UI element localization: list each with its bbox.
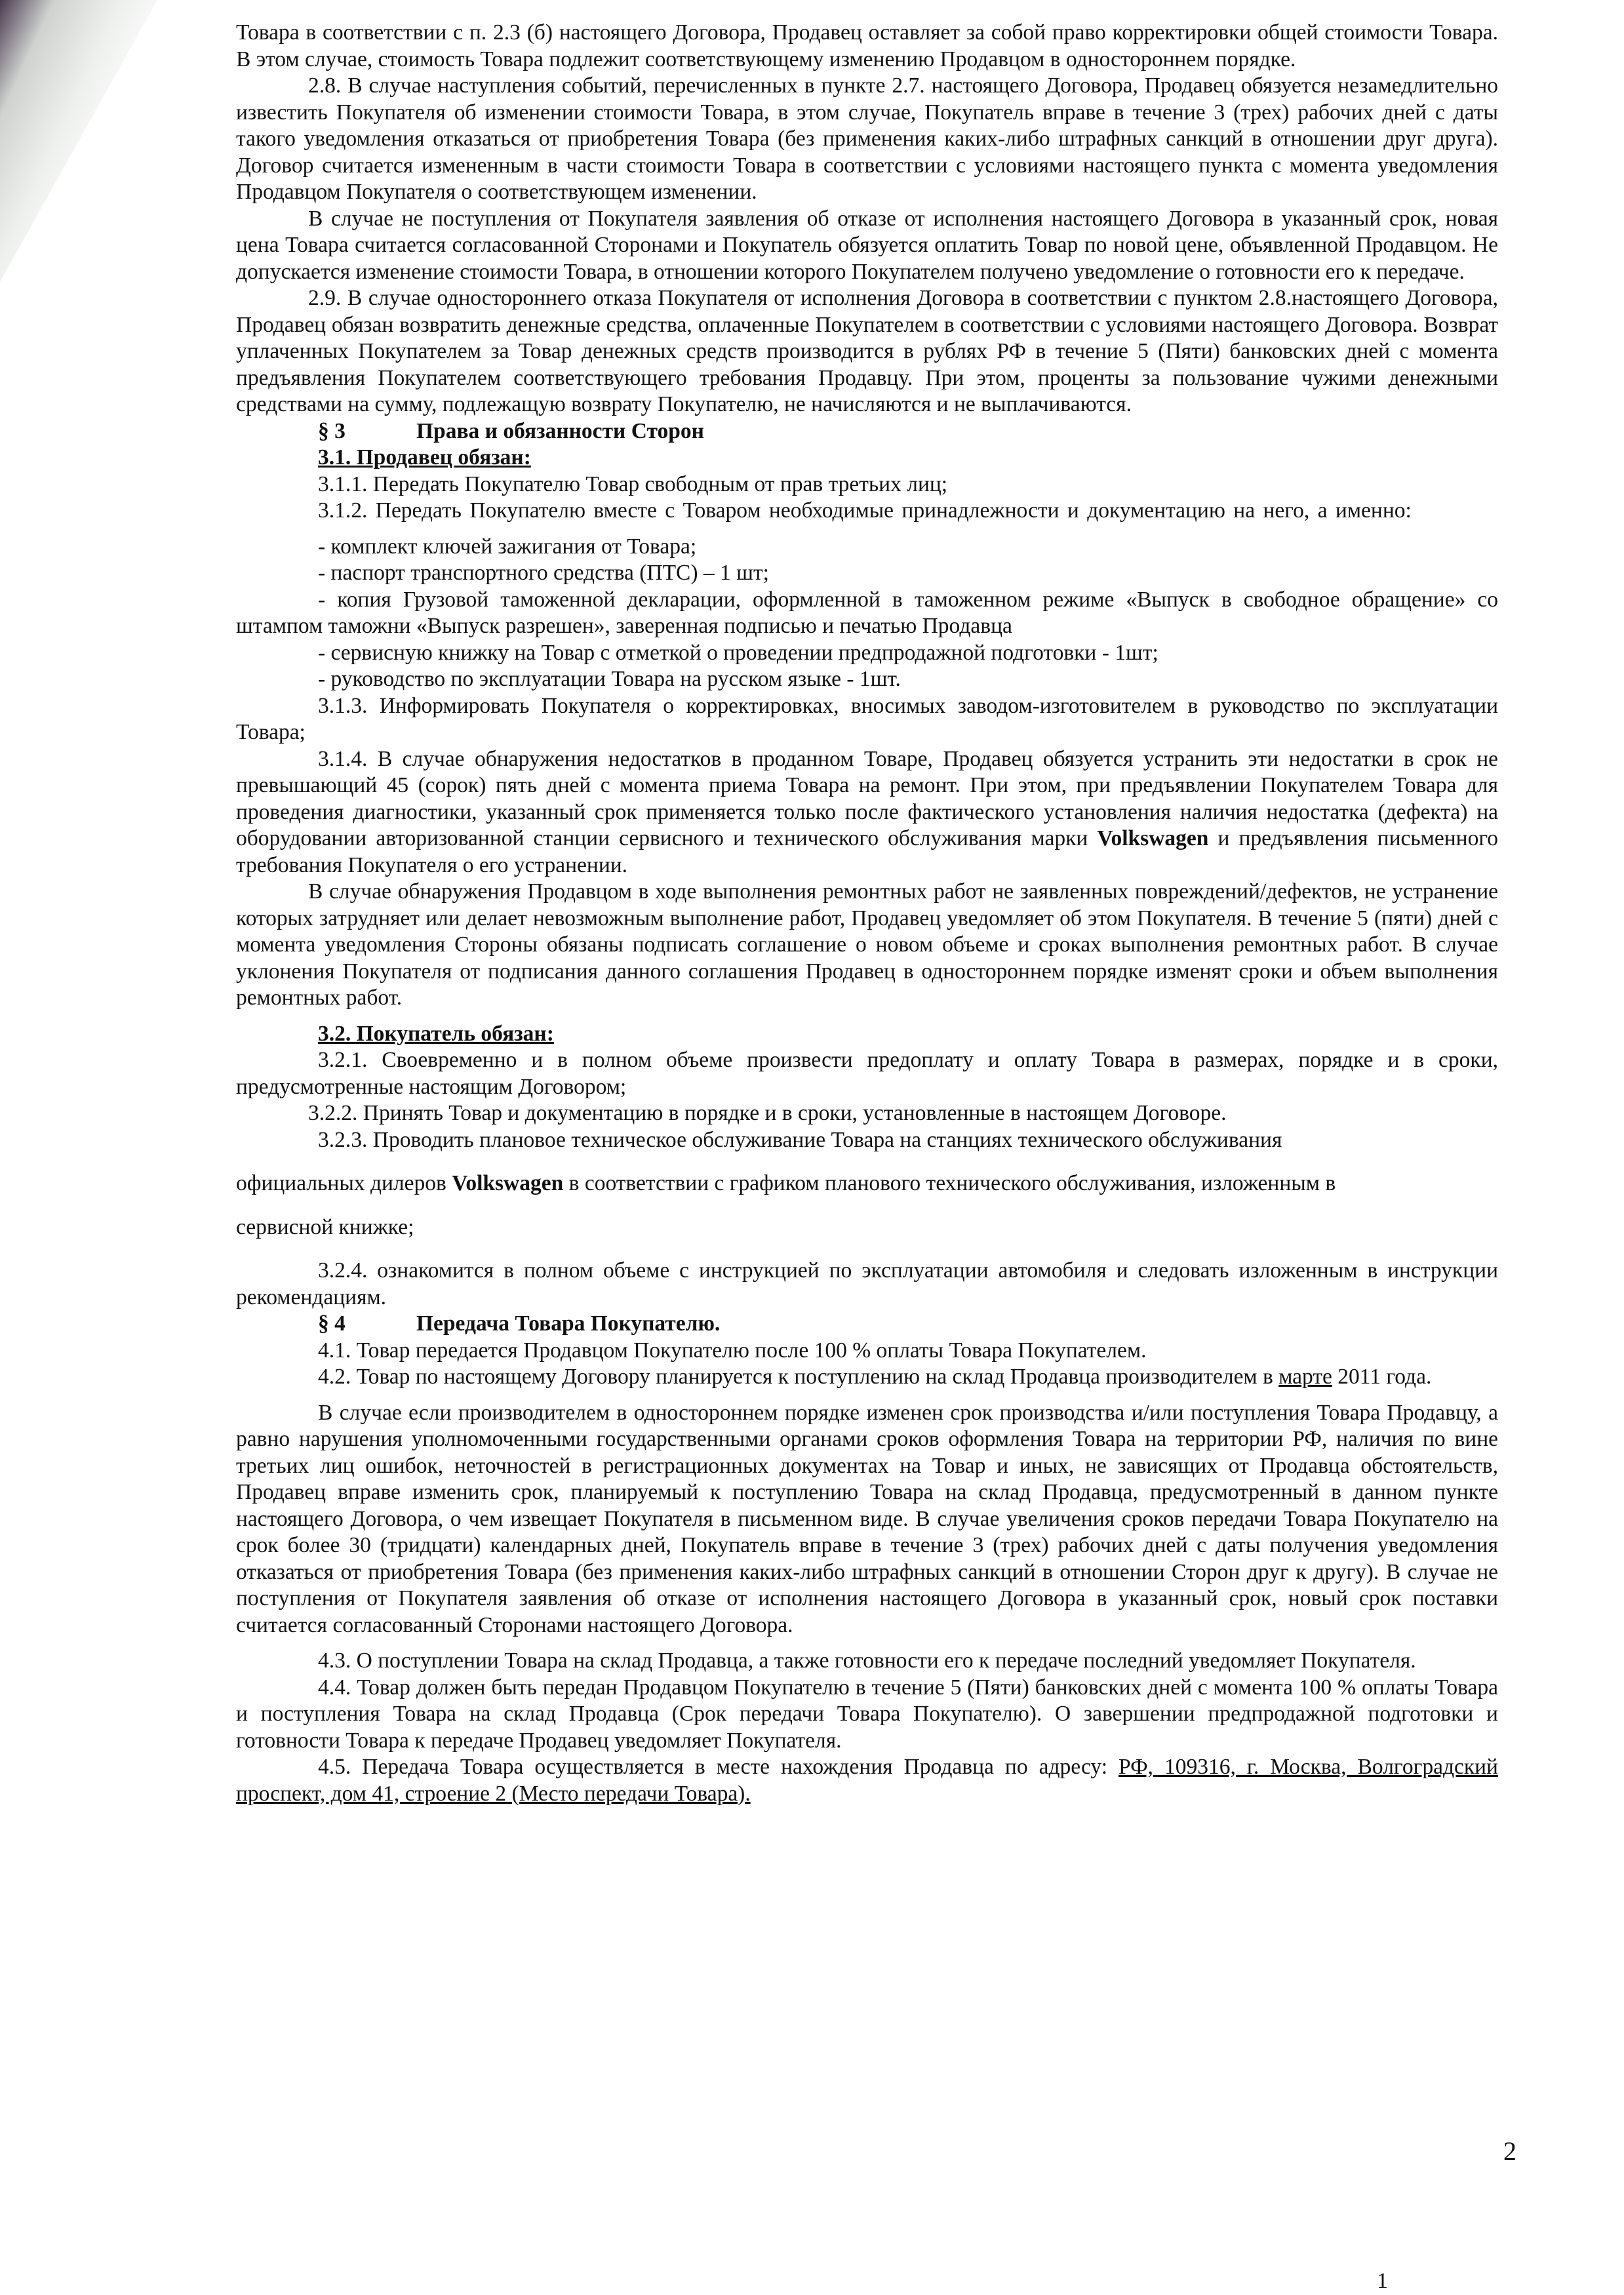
subsection-3-1-heading: 3.1. Продавец обязан: <box>236 445 1498 471</box>
clause-4-1: 4.1. Товар передается Продавцом Покупате… <box>236 1338 1498 1365</box>
clause-4-5-text: 4.5. Передача Товара осуществляется в ме… <box>318 1755 1119 1779</box>
clause-4-3: 4.3. О поступлении Товара на склад Прода… <box>236 1648 1498 1675</box>
page-fold-shadow <box>0 0 170 289</box>
list-item-pts: - паспорт транспортного средства (ПТС) –… <box>236 560 1498 587</box>
clause-3-2-3: 3.2.3. Проводить плановое техническое об… <box>236 1127 1498 1154</box>
clause-3-1-3: 3.1.3. Информировать Покупателя о коррек… <box>236 693 1498 746</box>
clause-3-1-4: 3.1.4. В случае обнаружения недостатков … <box>236 746 1498 879</box>
list-item-keys: - комплект ключей зажигания от Товара; <box>236 534 1498 561</box>
clause-3-2-3-cont: официальных дилеров Volkswagen в соответ… <box>236 1170 1498 1197</box>
brand-name: Volkswagen <box>1097 826 1208 850</box>
delivery-month: марте <box>1278 1365 1332 1389</box>
paragraph-2-8: 2.8. В случае наступления событий, переч… <box>236 73 1498 206</box>
clause-3-2-3-end: сервисной книжке; <box>236 1214 1498 1241</box>
section-3-heading: § 3Права и обязанности Сторон <box>236 418 1498 445</box>
section-4-heading: § 4Передача Товара Покупателю. <box>236 1311 1498 1338</box>
clause-3-2-3-text: официальных дилеров <box>236 1171 452 1195</box>
section-3-number: § 3 <box>318 418 416 445</box>
section-4-title: Передача Товара Покупателю. <box>416 1311 720 1336</box>
list-item-service-book: - сервисную книжку на Товар с отметкой о… <box>236 640 1498 667</box>
clause-4-2: 4.2. Товар по настоящему Договору планир… <box>236 1364 1498 1391</box>
clause-4-2-year: 2011 года. <box>1332 1365 1432 1389</box>
page-number: 2 <box>1503 2136 1516 2166</box>
clause-3-2-4: 3.2.4. ознакомится в полном объеме с инс… <box>236 1258 1498 1311</box>
paragraph-2-8-price-agreed: В случае не поступления от Покупателя за… <box>236 206 1498 286</box>
clause-3-1-4-additional-defects: В случае обнаружения Продавцом в ходе вы… <box>236 879 1498 1012</box>
list-item-manual: - руководство по эксплуатации Товара на … <box>236 666 1498 693</box>
list-item-customs-declaration: - копия Грузовой таможенной декларации, … <box>236 587 1498 640</box>
footer-mark: 1 <box>1377 2269 1388 2294</box>
brand-name: Volkswagen <box>452 1171 563 1195</box>
paragraph-2-7-continued: Товара в соответствии с п. 2.3 (б) насто… <box>236 20 1498 73</box>
clause-4-2-schedule-change: В случае если производителем в односторо… <box>236 1400 1498 1639</box>
section-4-number: § 4 <box>318 1311 416 1338</box>
clause-3-2-3-text-end: в соответствии с графиком планового техн… <box>563 1171 1336 1195</box>
clause-4-2-text: 4.2. Товар по настоящему Договору планир… <box>318 1365 1278 1389</box>
clause-4-5: 4.5. Передача Товара осуществляется в ме… <box>236 1754 1498 1807</box>
paragraph-2-9: 2.9. В случае одностороннего отказа Поку… <box>236 285 1498 418</box>
clause-3-1-2: 3.1.2. Передать Покупателю вместе с Това… <box>236 498 1498 525</box>
clause-3-2-2: 3.2.2. Принять Товар и документацию в по… <box>236 1100 1498 1127</box>
clause-4-4: 4.4. Товар должен быть передан Продавцом… <box>236 1675 1498 1755</box>
clause-3-2-1: 3.2.1. Своевременно и в полном объеме пр… <box>236 1047 1498 1100</box>
clause-3-1-1: 3.1.1. Передать Покупателю Товар свободн… <box>236 471 1498 498</box>
section-3-title: Права и обязанности Сторон <box>416 419 704 443</box>
contract-page: Товара в соответствии с п. 2.3 (б) насто… <box>236 20 1498 1807</box>
subsection-3-2-heading: 3.2. Покупатель обязан: <box>236 1021 1498 1048</box>
